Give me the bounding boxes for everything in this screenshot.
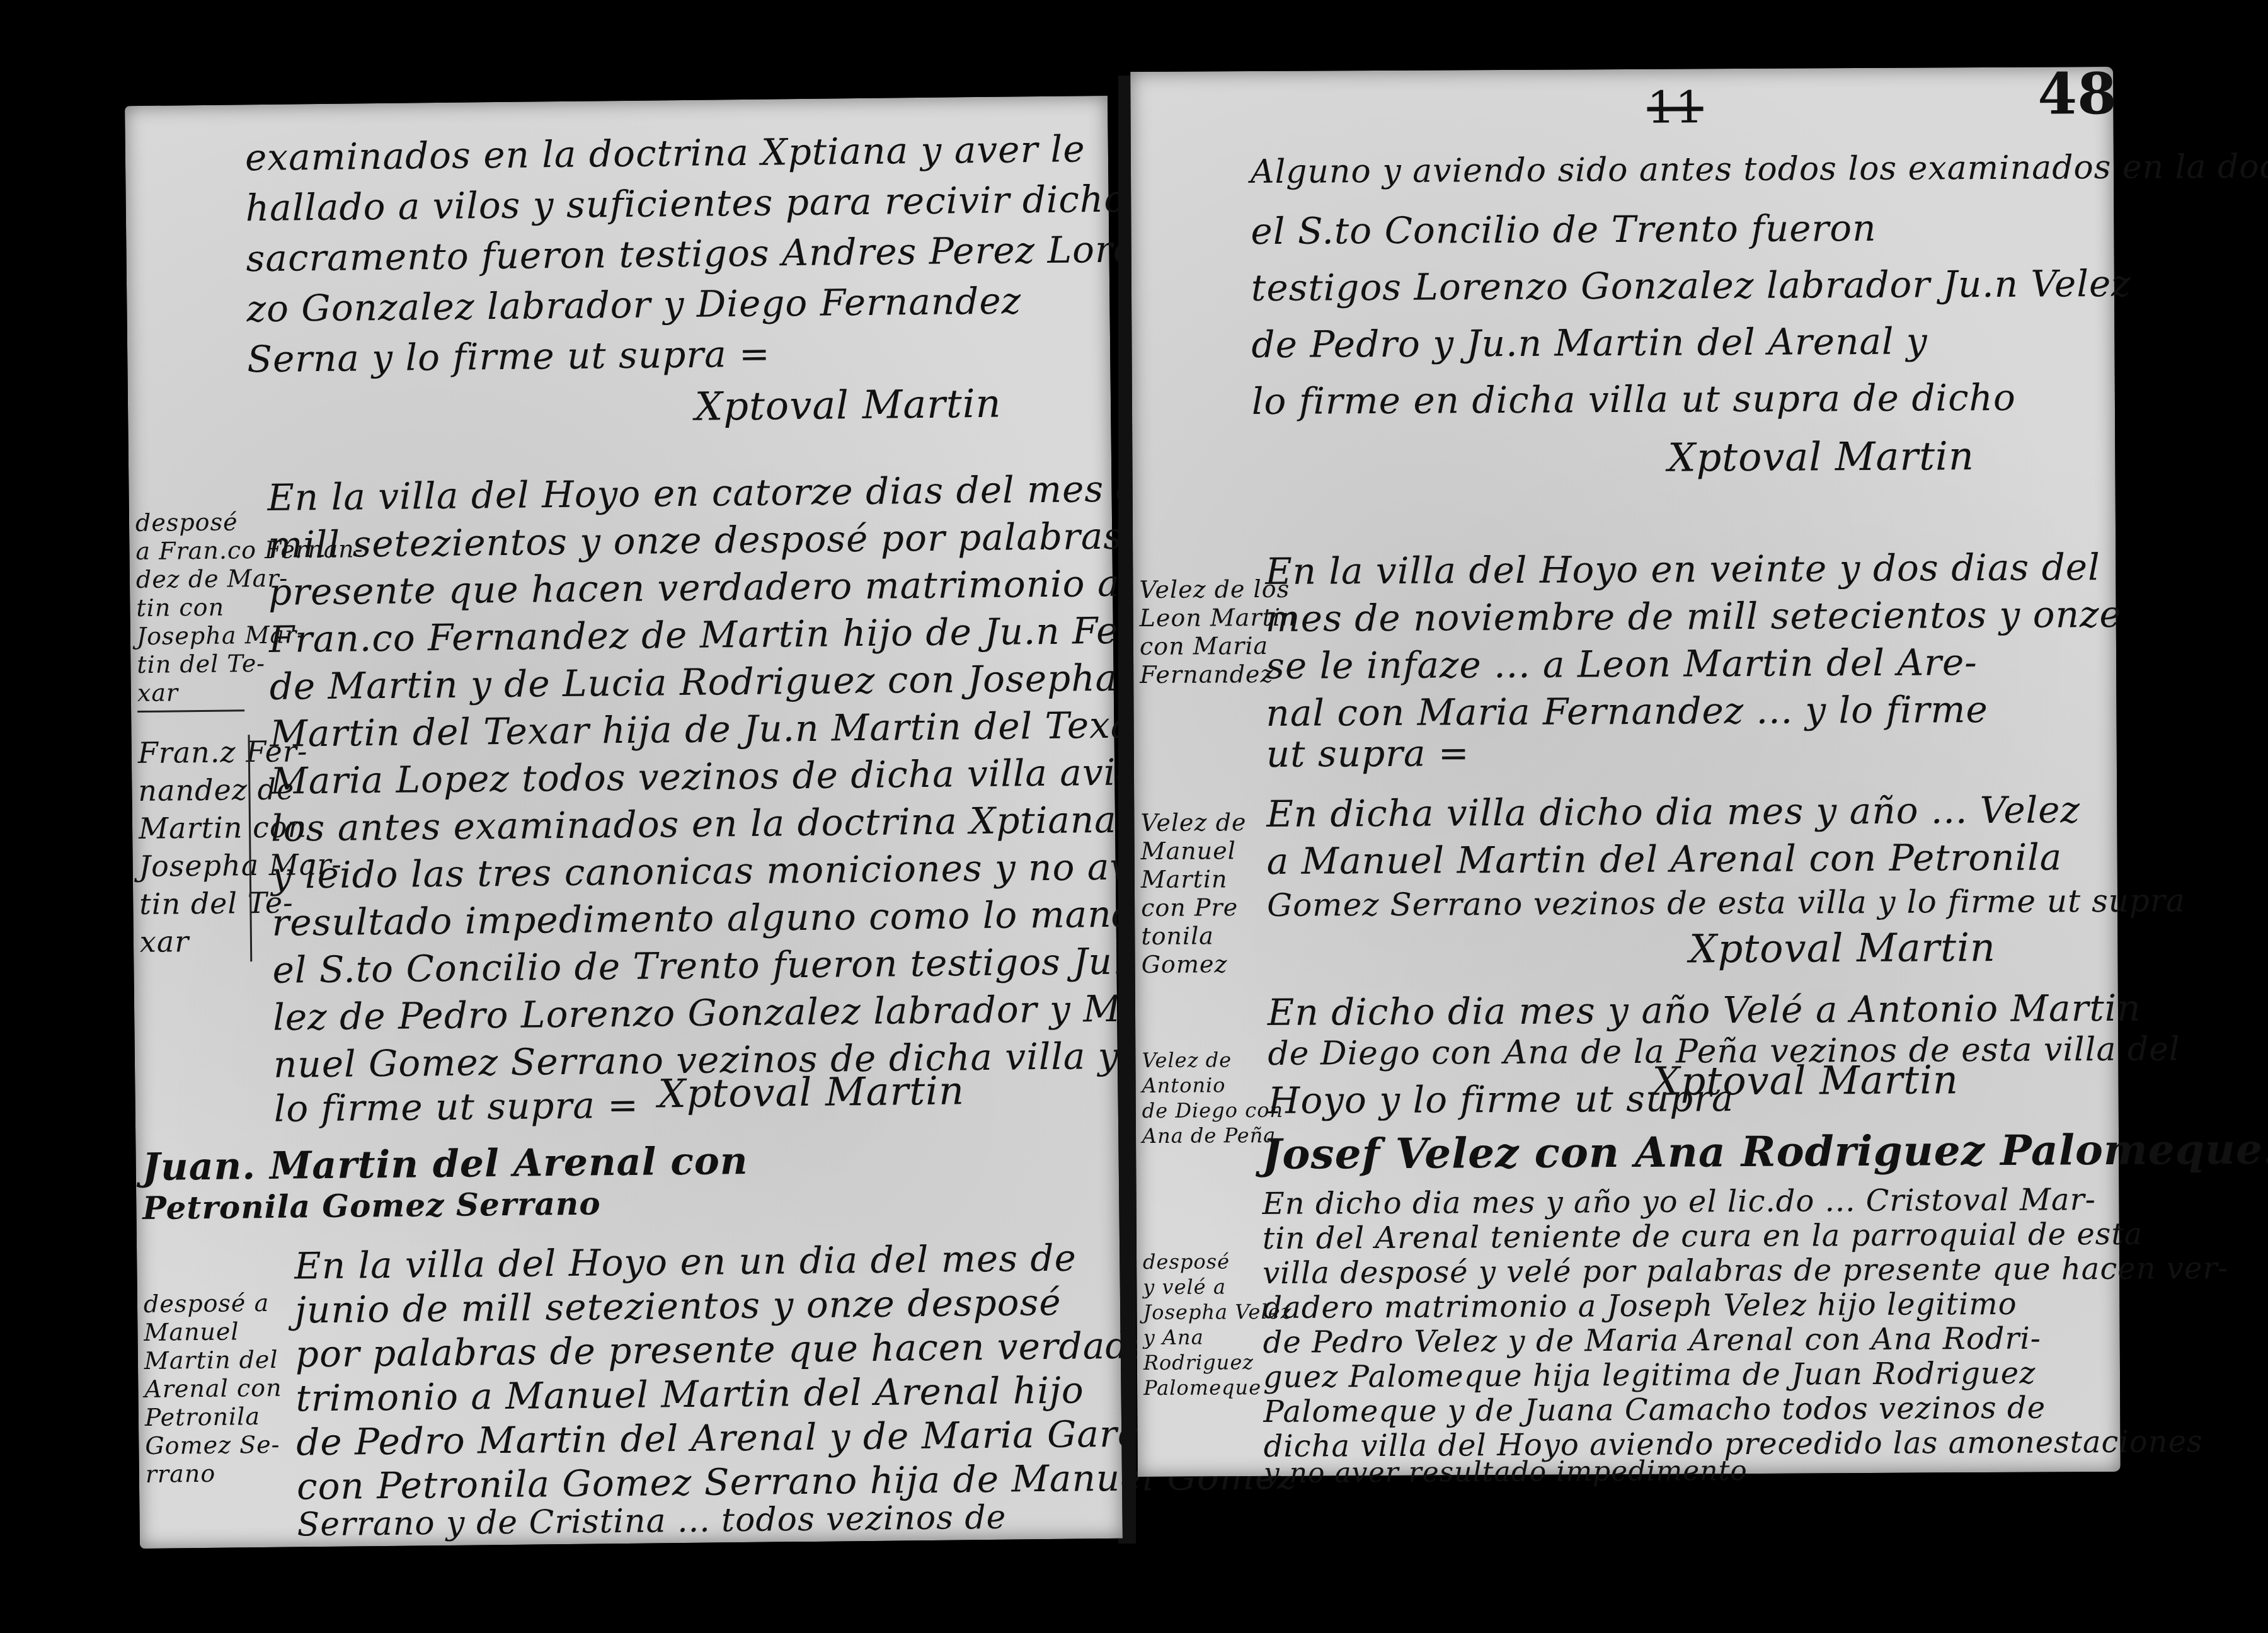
margin-note-fair: xar [140,924,190,959]
margin-note: Manuel [1141,837,1236,865]
entry-line: trimonio a Manuel Martin del Arenal hijo [295,1368,1084,1419]
entry-line: En dicho dia mes y año Velé a Antonio Ma… [1268,987,2141,1034]
margin-note: Manuel [144,1317,239,1346]
signature: Xptoval Martin [695,381,1002,430]
margin-note: tin con [136,593,224,622]
signature: Xptoval Martin [658,1067,965,1116]
entry-line: junio de mill setezientos y onze desposé [295,1281,1062,1332]
entry-line: y no aver resultado impedimento [1264,1455,1748,1489]
right-top-line: testigos Lorenzo Gonzalez labrador Ju.n … [1251,262,2131,309]
entry-line: de Pedro Velez y de Maria Arenal con Ana… [1263,1321,2042,1360]
entry-line: lo firme ut supra = [273,1084,639,1130]
entry-heading: Josef Velez con Ana Rodriguez Palomeque. [1262,1125,2268,1179]
margin-note: desposé [135,508,238,537]
margin-note-fair: tin del Te- [139,885,294,921]
entry-line: lez de Pedro Lorenzo Gonzalez labrador y… [273,987,1157,1039]
entry-line: guez Palomeque hija legitima de Juan Rod… [1263,1356,2036,1395]
margin-note: Martin del [144,1346,278,1375]
entry-line: En dicha villa dicho dia mes y año ... V… [1266,788,2080,835]
left-top-line: hallado a vilos y suficientes para reciv… [245,178,1126,230]
signature: Xptoval Martin [1668,433,1974,481]
margin-note: desposé a [144,1289,270,1318]
entry-line: Palomeque y de Juana Camacho todos vezin… [1263,1390,2046,1430]
signature: Xptoval Martin [1652,1057,1959,1104]
entry-line: resultado impedimento alguno como lo man… [272,892,1158,944]
margin-note: y velé a [1143,1275,1226,1299]
entry-line: ut supra = [1266,731,1470,776]
entry-line: y leido las tres canonicas moniciones y … [272,845,1172,897]
margin-note: Rodriguez [1143,1350,1254,1375]
left-top-line: sacramento fueron testigos Andres Perez … [246,227,1159,280]
margin-note: Arenal con [144,1374,282,1403]
margin-note: con Pre [1141,893,1238,922]
right-page: 11 48 Alguno y aviendo sido antes todos … [1130,67,2121,1477]
margin-note: rrano [146,1460,216,1488]
entry-line: En dicho dia mes y año yo el lic.do ... … [1262,1182,2096,1222]
left-top-line: examinados en la doctrina Xptiana y aver… [245,127,1085,179]
margin-note: Gomez [1141,950,1227,978]
page-number: 48 [2037,60,2117,128]
margin-note: xar [137,679,179,707]
entry-line: el S.to Concilio de Trento fueron testig… [272,939,1220,992]
entry-line: tin del Arenal teniente de cura en la pa… [1263,1217,2143,1256]
margin-note: Fernandez [1140,660,1274,689]
margin-note: Velez de [1140,808,1246,837]
margin-note: desposé [1143,1249,1230,1274]
entry-line: se le infaze ... a Leon Martin del Are- [1266,641,1978,687]
signature: Xptoval Martin [1689,924,1996,972]
entry-heading: Juan. Martin del Arenal con [142,1139,748,1189]
left-page: examinados en la doctrina Xptiana y aver… [125,96,1123,1549]
margin-note: dez de Mar- [136,564,289,594]
entry-line: nal con Maria Fernandez ... y lo firme [1266,688,1988,735]
entry-line: Martin del Texar hija de Ju.n Martin del… [270,703,1185,755]
entry-line: Serrano y de Cristina ... todos vezinos … [297,1499,1006,1544]
left-top-line: zo Gonzalez labrador y Diego Fernandez [246,279,1021,330]
right-top-line: lo firme en dicha villa ut supra de dich… [1252,376,2016,423]
margin-note: Antonio [1142,1073,1225,1097]
margin-note: Gomez Se- [145,1431,280,1460]
entry-line: Gomez Serrano vezinos de esta villa y lo… [1267,882,2185,924]
entry-line: Maria Lopez todos vezinos de dicha villa… [270,750,1209,803]
entry-line: En la villa del Hoyo en veinte y dos dia… [1265,546,2100,593]
margin-note: tin del Te- [137,650,265,679]
margin-note: con Maria [1140,632,1268,660]
folio-number-struck: 11 [1647,81,1704,133]
margin-note: y Ana [1143,1326,1204,1350]
entry-line: En la villa del Hoyo en un dia del mes d… [294,1237,1077,1288]
entry-line: mes de noviembre de mill setecientos y o… [1266,593,2122,640]
right-top-line: el S.to Concilio de Trento fueron [1251,207,1876,253]
margin-note: tonila [1141,922,1214,950]
entry-line: de Martin y de Lucia Rodriguez con Josep… [269,656,1118,708]
entry-line: los antes examinados en la doctrina Xpti… [271,798,1117,850]
margin-note: Petronila [145,1402,261,1431]
entry-line: mill setezientos y onze desposé por pala… [268,514,1181,566]
margin-divider [137,709,244,713]
margin-note: Velez de [1142,1048,1232,1072]
entry-line: a Manuel Martin del Arenal con Petronila [1267,835,2063,883]
entry-heading: Petronila Gomez Serrano [142,1184,601,1227]
entry-line: villa desposé y velé por palabras de pre… [1263,1251,2229,1291]
margin-note: Martin [1141,865,1228,893]
left-top-line: Serna y lo firme ut supra = [247,333,770,381]
entry-line: presente que hacen verdadero matrimonio … [268,562,1120,614]
entry-line: de Pedro Martin del Arenal y de Maria Ga… [296,1412,1174,1464]
right-top-line: Alguno y aviendo sido antes todos los ex… [1251,146,2268,191]
margin-note: Ana de Peña [1142,1123,1276,1148]
margin-note: de Diego con [1142,1098,1283,1123]
margin-note: Palomeque [1143,1375,1261,1400]
entry-line: dadero matrimonio a Joseph Velez hijo le… [1263,1286,2017,1326]
right-top-line: de Pedro y Ju.n Martin del Arenal y [1251,319,1928,366]
